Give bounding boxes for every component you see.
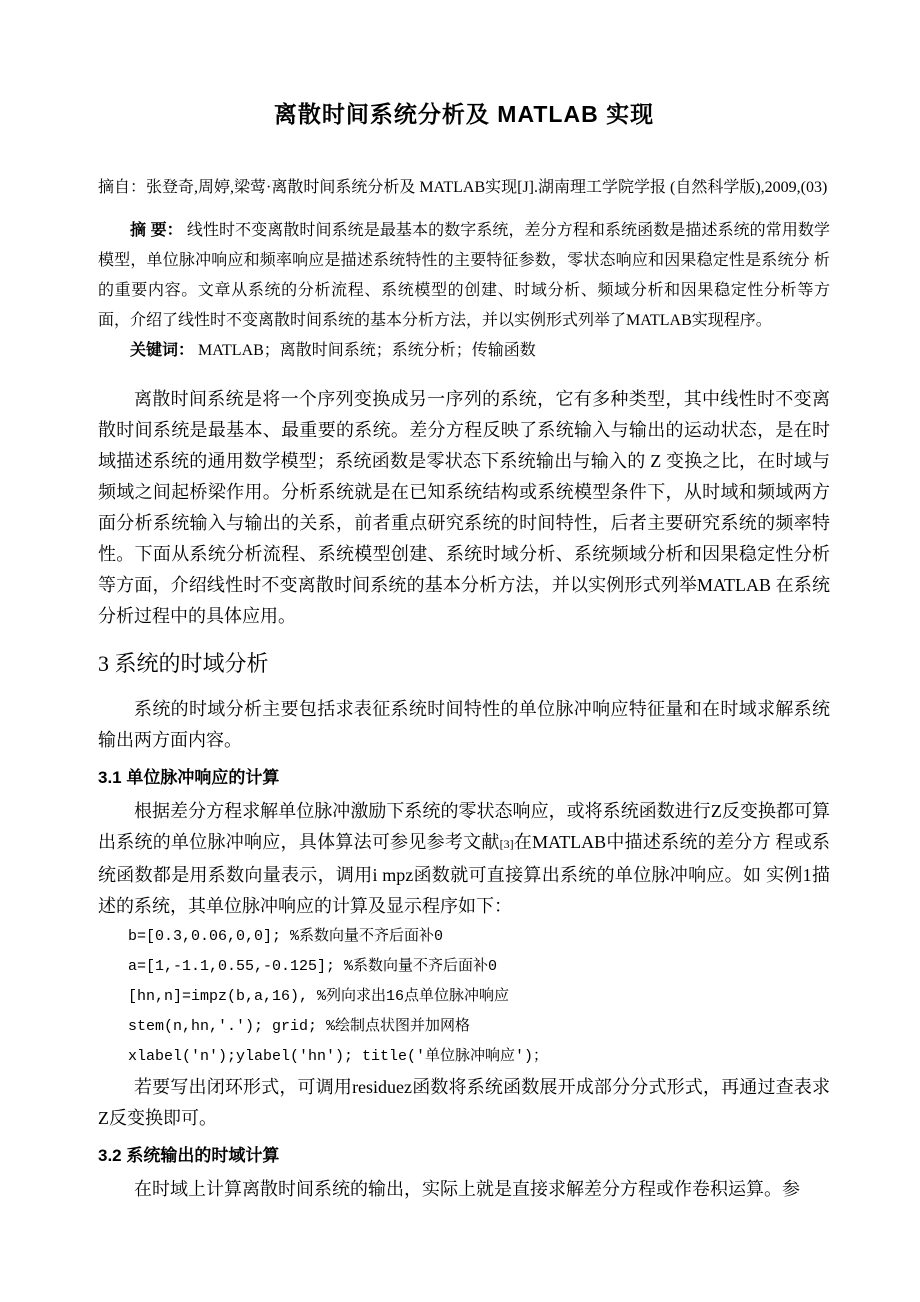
code-line-labels-title: xlabel('n');ylabel('hn'); title('单位脉冲响应'… xyxy=(98,1042,830,1072)
code-line-impz-call: [hn,n]=impz(b,a,16), %列向求出16点单位脉冲响应 xyxy=(98,982,830,1012)
keywords-text: MATLAB；离散时间系统；系统分析；传输函数 xyxy=(198,342,536,359)
code-line-stem-grid: stem(n,hn,'.'); grid; %绘制点状图并加网格 xyxy=(98,1012,830,1042)
code-line-a-coefficients: a=[1,-1.1,0.55,-0.125]; %系数向量不齐后面补0 xyxy=(98,952,830,982)
introduction-paragraph: 离散时间系统是将一个序列变换成另一序列的系统，它有多种类型，其中线性时不变离散时… xyxy=(98,384,830,632)
section-3-intro-paragraph: 系统的时域分析主要包括求表征系统时间特性的单位脉冲响应特征量和在时域求解系统输出… xyxy=(98,694,830,756)
abstract-text: 线性时不变离散时间系统是最基本的数字系统，差分方程和系统函数是描述系统的常用数学… xyxy=(98,222,830,329)
impulse-response-paragraph: 根据差分方程求解单位脉冲激励下系统的零状态响应，或将系统函数进行Z反变换都可算出… xyxy=(98,796,830,922)
code-line-b-coefficients: b=[0.3,0.06,0,0]; %系数向量不齐后面补0 xyxy=(98,922,830,952)
document-page: 离散时间系统分析及 MATLAB 实现 摘自：张登奇,周婷,梁莺·离散时间系统分… xyxy=(0,0,920,1302)
citation-line: 摘自：张登奇,周婷,梁莺·离散时间系统分析及 MATLAB实现[J].湖南理工学… xyxy=(98,172,830,204)
closed-form-paragraph: 若要写出闭环形式，可调用residuez函数将系统函数展开成部分分式形式，再通过… xyxy=(98,1072,830,1134)
abstract-paragraph: 摘 要： 线性时不变离散时间系统是最基本的数字系统，差分方程和系统函数是描述系统… xyxy=(98,216,830,336)
section-3-heading: 3 系统的时域分析 xyxy=(98,648,830,680)
keywords-label: 关键词： xyxy=(130,342,194,359)
subsection-3-1-heading: 3.1 单位脉冲响应的计算 xyxy=(98,764,830,792)
document-title: 离散时间系统分析及 MATLAB 实现 xyxy=(98,98,830,130)
matlab-code-block: b=[0.3,0.06,0,0]; %系数向量不齐后面补0 a=[1,-1.1,… xyxy=(98,922,830,1072)
subsection-3-2-heading: 3.2 系统输出的时域计算 xyxy=(98,1142,830,1170)
reference-marker: [3] xyxy=(500,837,514,851)
abstract-label: 摘 要： xyxy=(130,222,183,239)
keywords-line: 关键词： MATLAB；离散时间系统；系统分析；传输函数 xyxy=(98,336,830,366)
output-computation-paragraph: 在时域上计算离散时间系统的输出，实际上就是直接求解差分方程或作卷积运算。参 xyxy=(98,1174,830,1205)
